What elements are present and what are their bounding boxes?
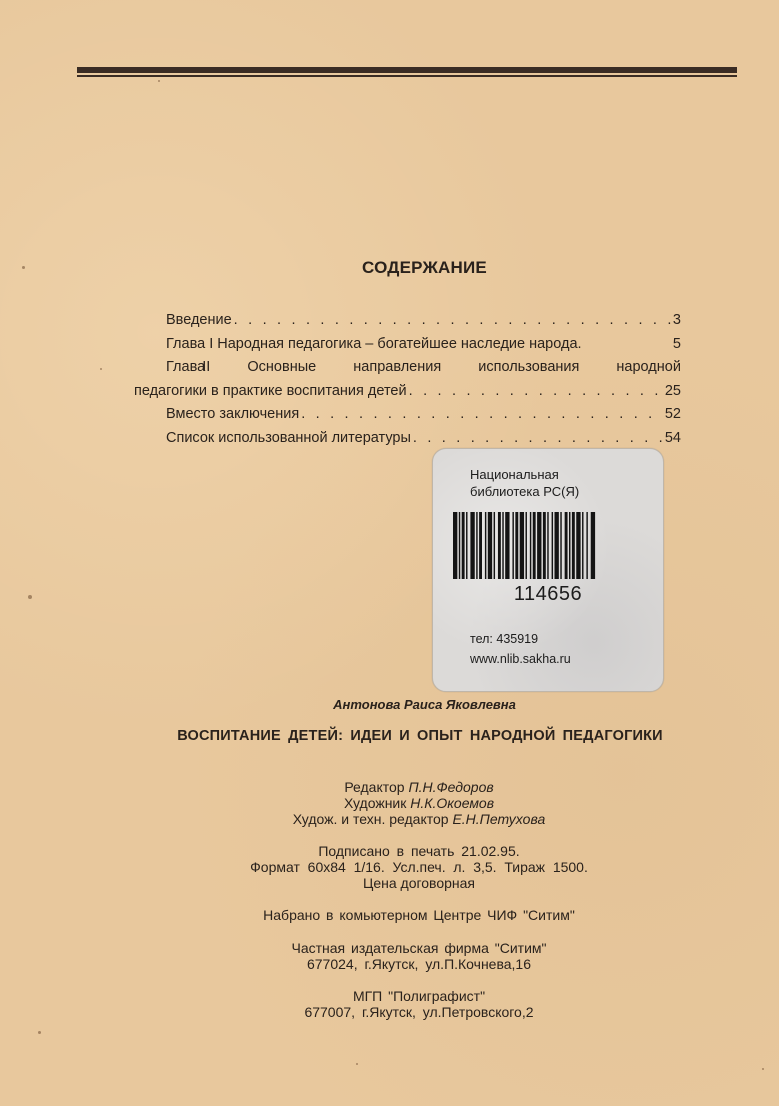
barcode-number: 114656 [433,583,663,606]
paper-speck [38,1031,41,1034]
toc-entry-page: 52 [665,403,681,427]
header-rule-thick [77,67,737,73]
toc-word: Глава [166,356,205,380]
table-of-contents: Введение 3 Глава I Народная педагогика –… [134,309,681,450]
library-name: Национальная библиотека РС(Я) [470,466,579,500]
library-name-line2: библиотека РС(Я) [470,483,579,500]
toc-entry-page: 25 [665,380,681,404]
library-barcode-sticker: Национальная библиотека РС(Я) 114656 тел… [432,448,664,692]
toc-word: народной [616,356,681,380]
print-format: Формат 60x84 1/16. Усл.печ. л. 3,5. Тира… [0,859,779,875]
paper-speck [158,80,160,82]
paper-speck [762,1068,764,1070]
toc-entry: Список использованной литературы 54 [134,427,681,451]
toc-leader-dots [413,427,663,451]
toc-word: направления [353,356,441,380]
library-phone: тел: 435919 [470,629,571,649]
toc-entry-line1: Глава II Основные направления использова… [134,356,681,380]
toc-entry-label: Глава I Народная педагогика – богатейшее… [166,333,582,357]
printer-address: 677007, г.Якутск, ул.Петровского,2 [0,1004,779,1020]
library-name-line1: Национальная [470,466,579,483]
toc-entry-page: 54 [665,427,681,451]
staff-person: Н.К.Окоемов [410,795,494,811]
staff-role: Редактор [344,779,404,795]
book-title: ВОСПИТАНИЕ ДЕТЕЙ: ИДЕИ И ОПЫТ НАРОДНОЙ П… [0,728,779,744]
printer-info: МГП "Полиграфист" 677007, г.Якутск, ул.П… [0,988,779,1020]
toc-leader-dots [301,403,663,427]
staff-person: Е.Н.Петухова [452,811,545,827]
publisher-name: Частная издательская фирма "Ситим" [0,940,779,956]
library-website: www.nlib.sakha.ru [470,649,571,669]
toc-word: использования [478,356,579,380]
print-signed-date: Подписано в печать 21.02.95. [0,843,779,859]
toc-entry: Введение 3 [134,309,681,333]
paper-speck [100,368,102,370]
header-rule-thin [77,75,737,77]
staff-person: П.Н.Федоров [408,779,493,795]
paper-speck [28,595,32,599]
publisher-info: Частная издательская фирма "Ситим" 67702… [0,940,779,972]
printer-name: МГП "Полиграфист" [0,988,779,1004]
toc-entry: Вместо заключения 52 [134,403,681,427]
library-contact: тел: 435919 www.nlib.sakha.ru [470,629,571,669]
toc-entry-page: 5 [673,333,681,357]
toc-entry-label: Введение [166,309,232,333]
staff-line: Художник Н.К.Окоемов [0,795,779,811]
toc-entry-page: 3 [673,309,681,333]
toc-leader-dots [409,380,663,404]
print-info: Подписано в печать 21.02.95. Формат 60x8… [0,843,779,891]
typeset-info: Набрано в комьютерном Центре ЧИФ "Ситим" [0,907,779,923]
staff-role: Худож. и техн. редактор [293,811,449,827]
author-name: Антонова Раиса Яковлевна [0,697,779,712]
toc-word: Основные [247,356,316,380]
toc-entry-label: педагогики в практике воспитания детей [134,380,407,404]
publisher-address: 677024, г.Якутск, ул.П.Кочнева,16 [0,956,779,972]
toc-leader-dots [234,309,671,333]
toc-entry-label: Список использованной литературы [166,427,411,451]
toc-title: СОДЕРЖАНИЕ [0,258,779,278]
toc-entry-label: Вместо заключения [166,403,299,427]
staff-role: Художник [344,795,406,811]
print-price: Цена договорная [0,875,779,891]
staff-line: Редактор П.Н.Федоров [0,779,779,795]
toc-entry: Глава I Народная педагогика – богатейшее… [134,333,681,357]
barcode-icon [453,512,645,579]
toc-word: II [202,356,210,380]
staff-line: Худож. и техн. редактор Е.Н.Петухова [0,811,779,827]
staff-credits: Редактор П.Н.Федоров Художник Н.К.Окоемо… [0,779,779,827]
paper-speck [356,1063,358,1065]
toc-entry-line2: педагогики в практике воспитания детей 2… [134,380,681,404]
